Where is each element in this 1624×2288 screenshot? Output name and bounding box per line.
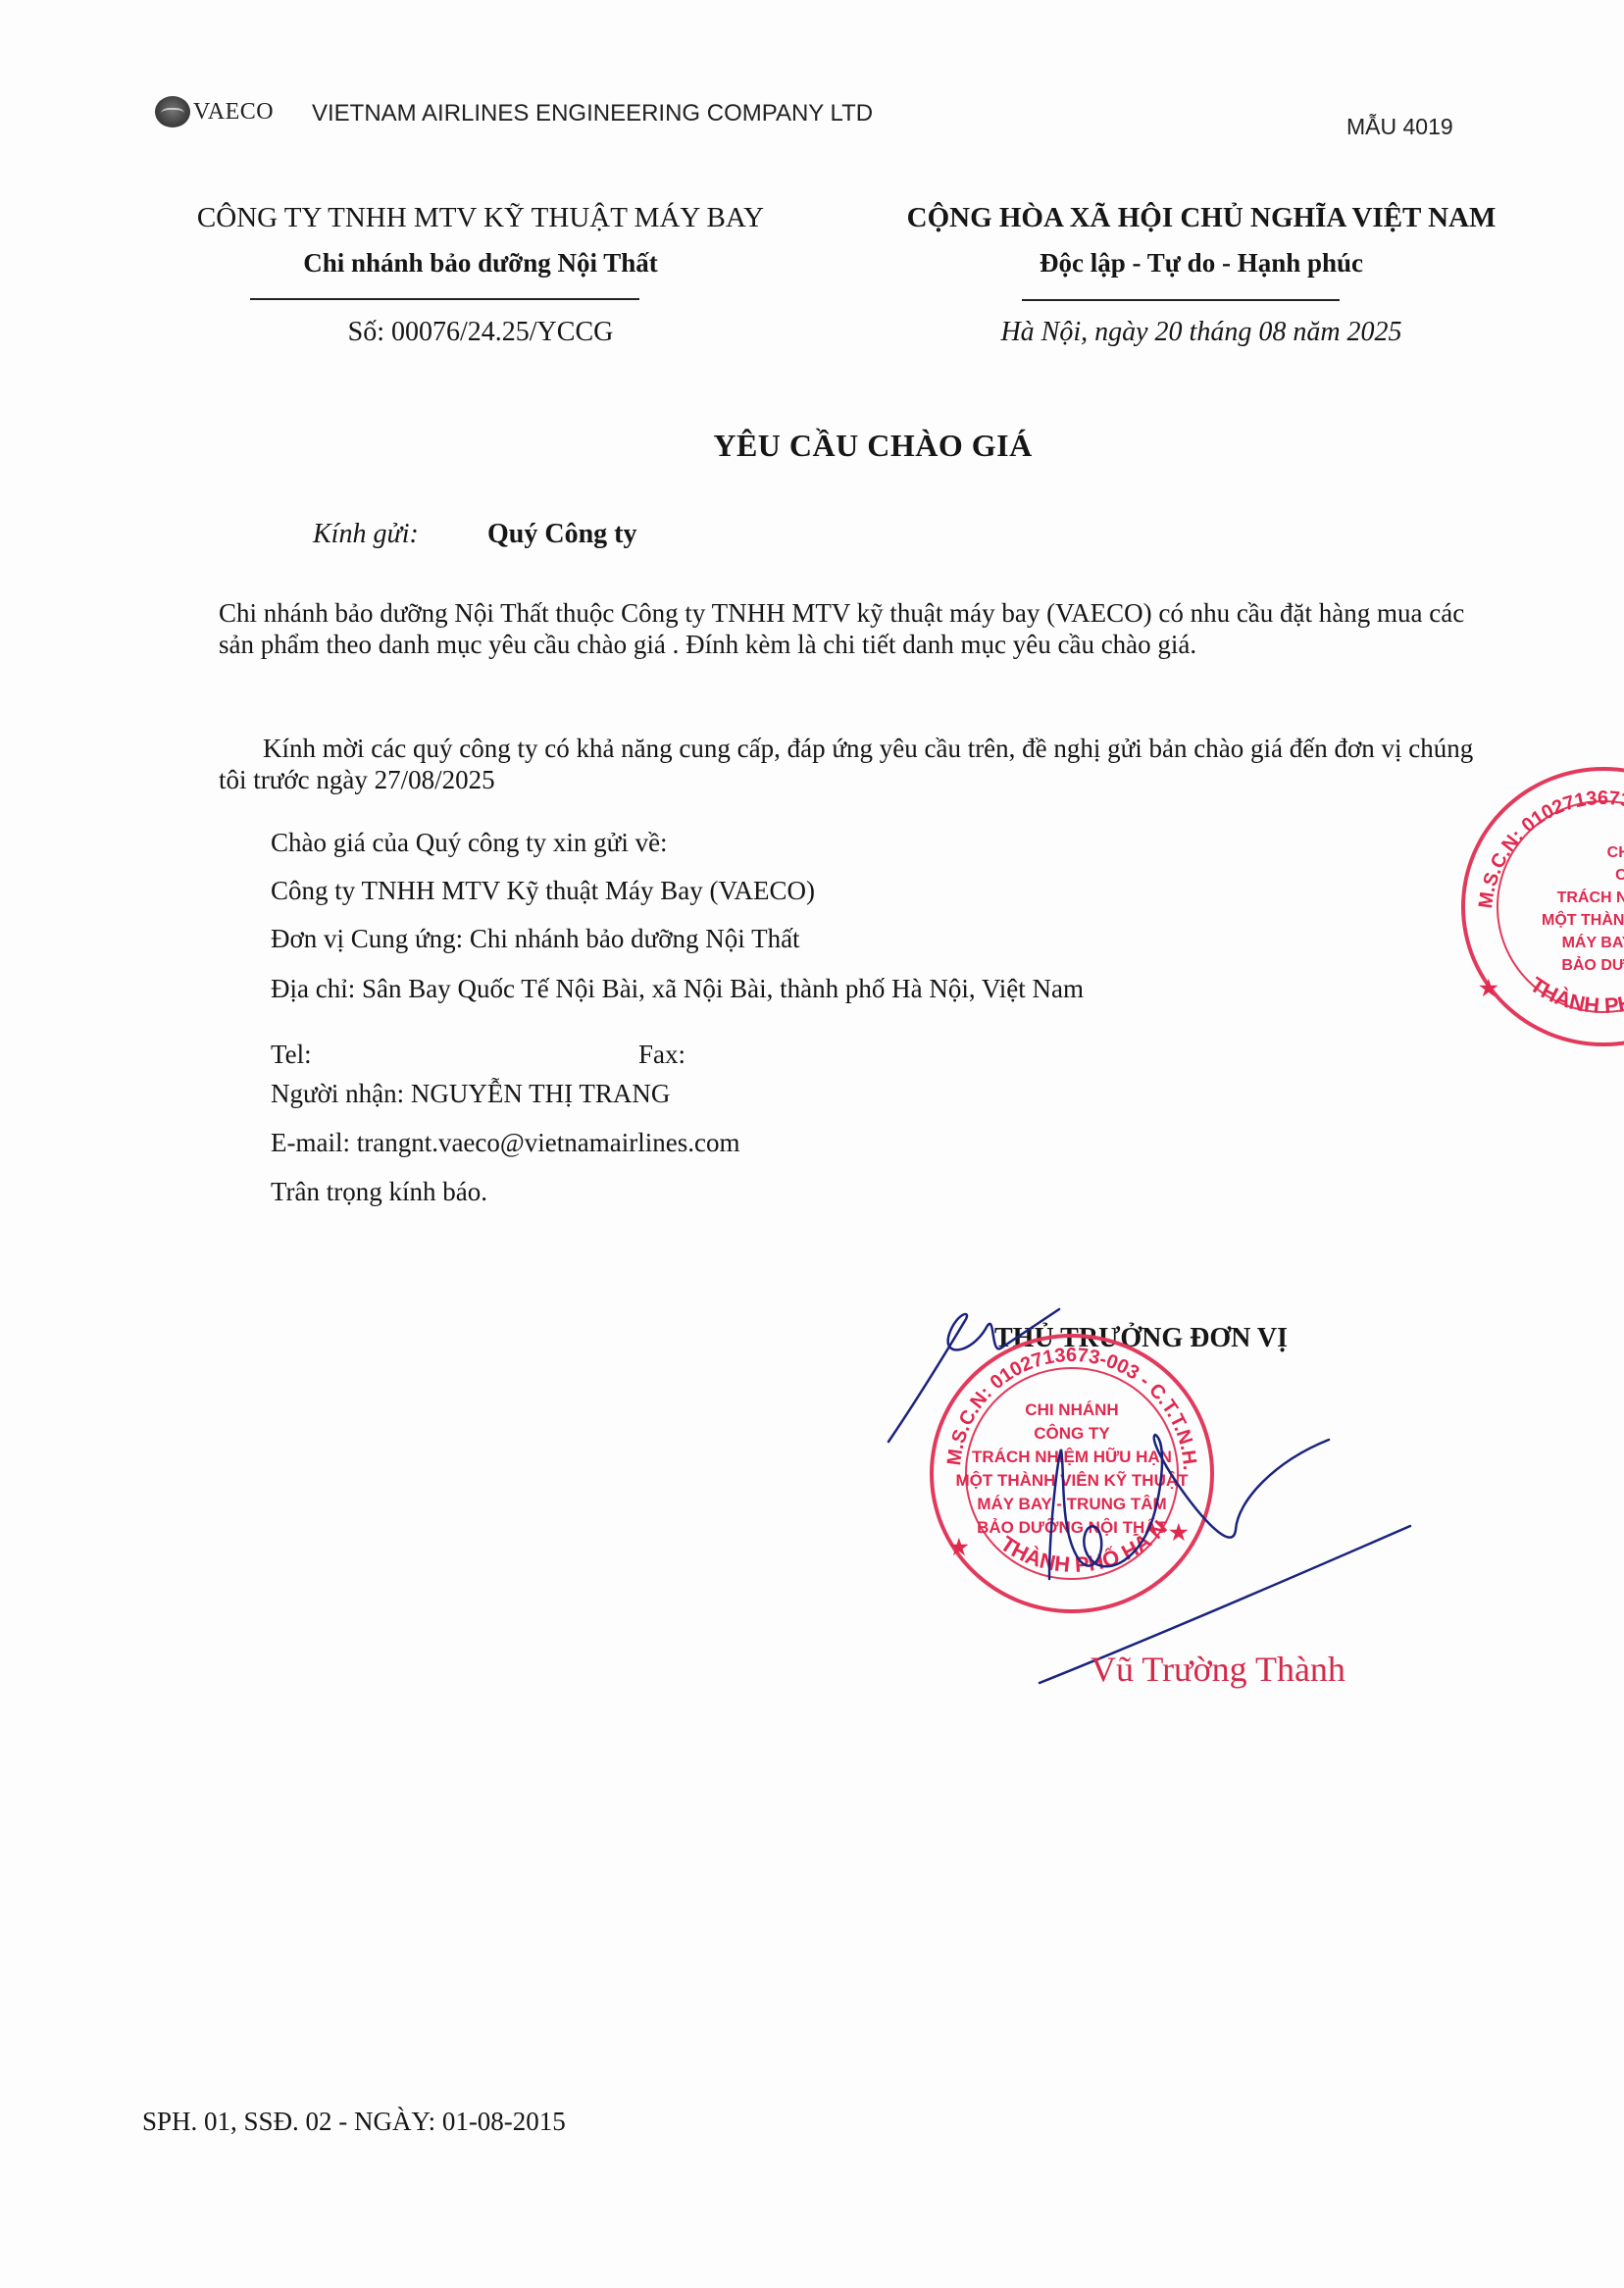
header-divider-left [250, 298, 639, 300]
contact-intro: Chào giá của Quý công ty xin gửi về: [271, 828, 668, 858]
document-title: YÊU CẦU CHÀO GIÁ [0, 428, 1624, 464]
body-paragraph-2: Kính mời các quý công ty có khả năng cun… [219, 733, 1484, 795]
document-number: Số: 00076/24.25/YCCG [167, 317, 794, 348]
signer-name: Vũ Trường Thành [1091, 1649, 1345, 1690]
form-code: MẪU 4019 [1346, 114, 1453, 140]
seal-partial-bottom-text: THÀNH PHỐ HÀ NỘI [0, 0, 1624, 1018]
company-name-en: VIETNAM AIRLINES ENGINEERING COMPANY LTD [312, 100, 873, 127]
org-branch: Chi nhánh bảo dưỡng Nội Thất [167, 248, 794, 279]
company-seal: CHI NHÁNH CÔNG TY TRÁCH NHIỆM HỮU HẠN MỘ… [930, 1334, 1214, 1613]
contact-tel: Tel: [271, 1040, 312, 1070]
contact-address: Địa chỉ: Sân Bay Quốc Tế Nội Bài, xã Nội… [271, 974, 1084, 1004]
recipient-name: Quý Công ty [487, 519, 636, 550]
recipient-label: Kính gửi: [313, 519, 419, 550]
org-name: CÔNG TY TNHH MTV KỸ THUẬT MÁY BAY [167, 202, 794, 234]
vaeco-logo: VAECO [155, 94, 292, 129]
place-date: Hà Nội, ngày 20 tháng 08 năm 2025 [883, 317, 1520, 348]
contact-unit: Đơn vị Cung ứng: Chi nhánh bảo dưỡng Nội… [271, 924, 800, 954]
vaeco-emblem-icon [155, 96, 190, 127]
company-seal-partial: CHI NHÁNH CÔNG TY TRÁCH NHIỆM HỮU HẠN MỘ… [1461, 767, 1624, 1046]
header-divider-right [1022, 299, 1340, 301]
closing-line: Trân trọng kính báo. [271, 1177, 487, 1207]
form-footer: SPH. 01, SSĐ. 02 - NGÀY: 01-08-2015 [142, 2107, 566, 2137]
contact-fax: Fax: [638, 1040, 685, 1070]
national-motto: Độc lập - Tự do - Hạnh phúc [883, 248, 1520, 279]
national-title: CỘNG HÒA XÃ HỘI CHỦ NGHĨA VIỆT NAM [883, 202, 1520, 234]
body-paragraph-1: Chi nhánh bảo dưỡng Nội Thất thuộc Công … [219, 597, 1484, 660]
logo-text: VAECO [193, 99, 274, 126]
contact-email[interactable]: E-mail: trangnt.vaeco@vietnamairlines.co… [271, 1128, 739, 1158]
contact-company: Công ty TNHH MTV Kỹ thuật Máy Bay (VAECO… [271, 876, 815, 906]
contact-receiver: Người nhận: NGUYỄN THỊ TRANG [271, 1079, 670, 1109]
